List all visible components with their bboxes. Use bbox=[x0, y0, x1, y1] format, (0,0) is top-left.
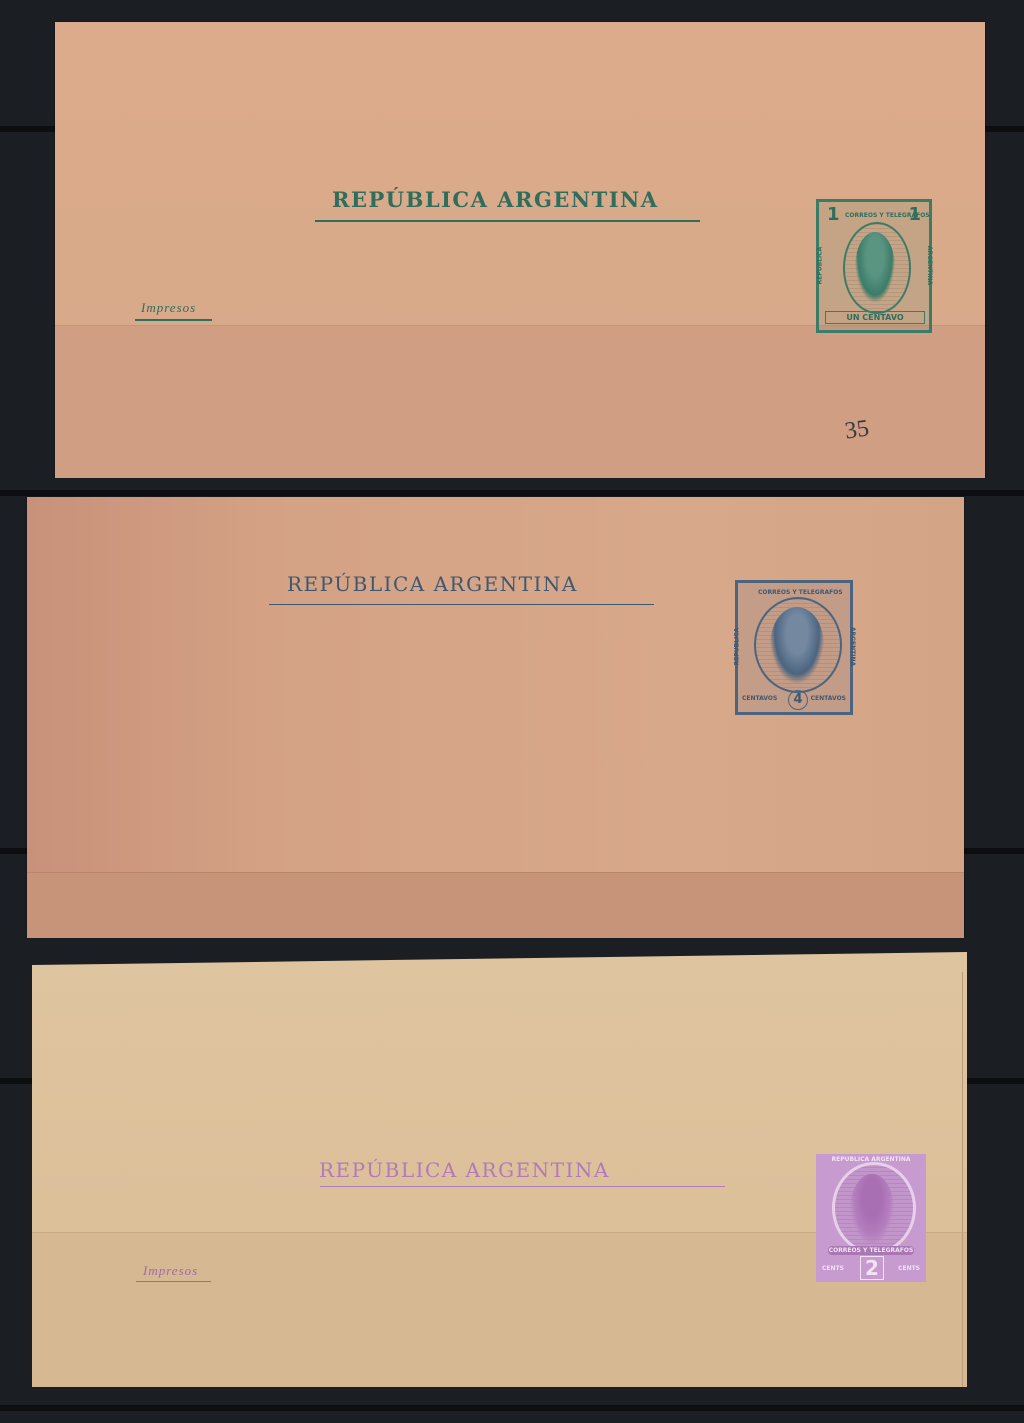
wrapper-1-centavo: REPÚBLICA ARGENTINA Impresos 1 1 CORREOS… bbox=[55, 22, 985, 477]
wrapper-2-centavos: REPÚBLICA ARGENTINA Impresos REPUBLICA A… bbox=[32, 952, 967, 1387]
impresos-label: Impresos bbox=[141, 300, 196, 316]
paper-fold-edge bbox=[962, 972, 963, 1387]
stamp-side-left: REPUBLICA bbox=[733, 628, 740, 666]
stamp-top-text: CORREOS Y TELEGRAFOS bbox=[845, 212, 909, 219]
stamp-middle-text: CORREOS Y TELEGRAFOS bbox=[828, 1246, 914, 1255]
stamp-value: 4 bbox=[788, 690, 808, 710]
portrait-icon bbox=[850, 1174, 894, 1244]
wrapper-4-centavos: REPÚBLICA ARGENTINA CORREOS Y TELEGRAFOS… bbox=[27, 497, 964, 937]
impresos-label: Impresos bbox=[143, 1263, 198, 1279]
wrapper-title: REPÚBLICA ARGENTINA bbox=[319, 1158, 610, 1182]
wrapper-fold-band bbox=[55, 325, 985, 478]
portrait-icon bbox=[770, 607, 824, 683]
wrapper-title: REPÚBLICA ARGENTINA bbox=[332, 187, 659, 212]
wrapper-title: REPÚBLICA ARGENTINA bbox=[287, 572, 578, 596]
stamp-bottom-text: UN CENTAVO bbox=[825, 311, 925, 324]
title-underline bbox=[315, 220, 700, 222]
stockbook-strip bbox=[0, 1405, 1024, 1411]
stamp-1-centavo: 1 1 CORREOS Y TELEGRAFOS REPUBLICA ARGEN… bbox=[816, 199, 932, 333]
wrapper-fold-band bbox=[27, 872, 964, 938]
pencil-price-note: 35 bbox=[843, 415, 871, 445]
impresos-underline bbox=[136, 1281, 211, 1282]
impresos-underline bbox=[135, 319, 212, 321]
stamp-bottom-right: CENTS bbox=[898, 1265, 920, 1272]
title-underline bbox=[320, 1186, 725, 1187]
stamp-top-text: CORREOS Y TELEGRAFOS bbox=[758, 589, 836, 596]
stamp-side-right: ARGENTINA bbox=[926, 246, 933, 285]
stamp-bottom-left: CENTAVOS bbox=[742, 695, 777, 702]
stamp-value-left: 1 bbox=[827, 204, 840, 225]
title-underline bbox=[269, 604, 654, 605]
portrait-icon bbox=[855, 232, 895, 302]
stamp-2-centavos: REPUBLICA ARGENTINA CORREOS Y TELEGRAFOS… bbox=[816, 1154, 926, 1282]
stamp-bottom-right: CENTAVOS bbox=[811, 695, 846, 702]
stamp-value: 2 bbox=[860, 1256, 884, 1280]
stamp-top-text: REPUBLICA ARGENTINA bbox=[826, 1156, 916, 1163]
stamp-bottom-left: CENTS bbox=[822, 1265, 844, 1272]
stamp-side-right: ARGENTINA bbox=[849, 627, 856, 666]
stockbook-strip bbox=[0, 490, 1024, 496]
stamp-4-centavos: CORREOS Y TELEGRAFOS REPUBLICA ARGENTINA… bbox=[735, 580, 853, 715]
stamp-side-left: REPUBLICA bbox=[816, 247, 823, 285]
